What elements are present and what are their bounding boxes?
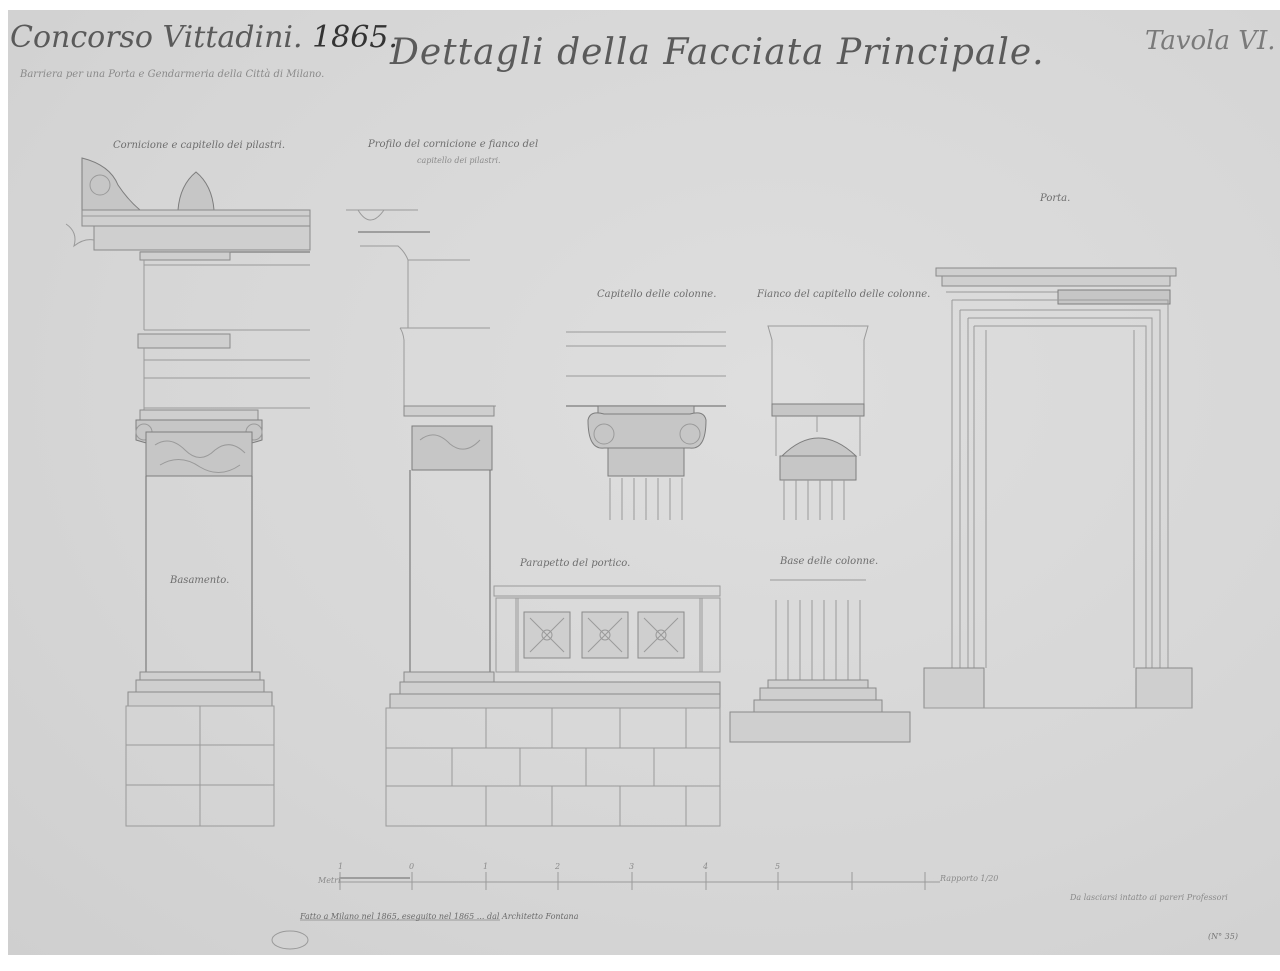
scale-tick-label: 4: [703, 862, 708, 871]
parapet-panel: [582, 612, 628, 658]
catalog-number: (N° 35): [1208, 932, 1238, 941]
scale-tick-label: 1: [338, 862, 343, 871]
right-note: Da lasciarsi intatto ai pareri Professor…: [1070, 893, 1228, 902]
scale-bar: [340, 872, 940, 890]
parapet-panel: [524, 612, 570, 658]
doorway-elevation: [924, 268, 1192, 708]
scale-tick-label: 5: [775, 862, 780, 871]
scale-left-label: Metri: [318, 876, 341, 885]
stamp-oval: [272, 931, 308, 949]
scale-tick-label: 0: [409, 862, 414, 871]
architectural-drawing: [0, 0, 1280, 971]
pilaster-elevation: [66, 158, 310, 826]
parapet-panel: [638, 612, 684, 658]
acroterion-ornament: [82, 158, 140, 210]
scale-tick-label: 3: [629, 862, 634, 871]
column-capital-side: [768, 326, 868, 520]
palmette-ornament: [178, 172, 214, 210]
scale-tick-label: 1: [483, 862, 488, 871]
scale-right-label: Rapporto 1/20: [940, 874, 998, 883]
column-capital-front: [566, 332, 726, 520]
scale-tick-label: 2: [555, 862, 560, 871]
signature-note: Fatto a Milano nel 1865, eseguito nel 18…: [300, 912, 578, 921]
capital-relief: [146, 432, 252, 476]
column-base: [730, 580, 910, 742]
